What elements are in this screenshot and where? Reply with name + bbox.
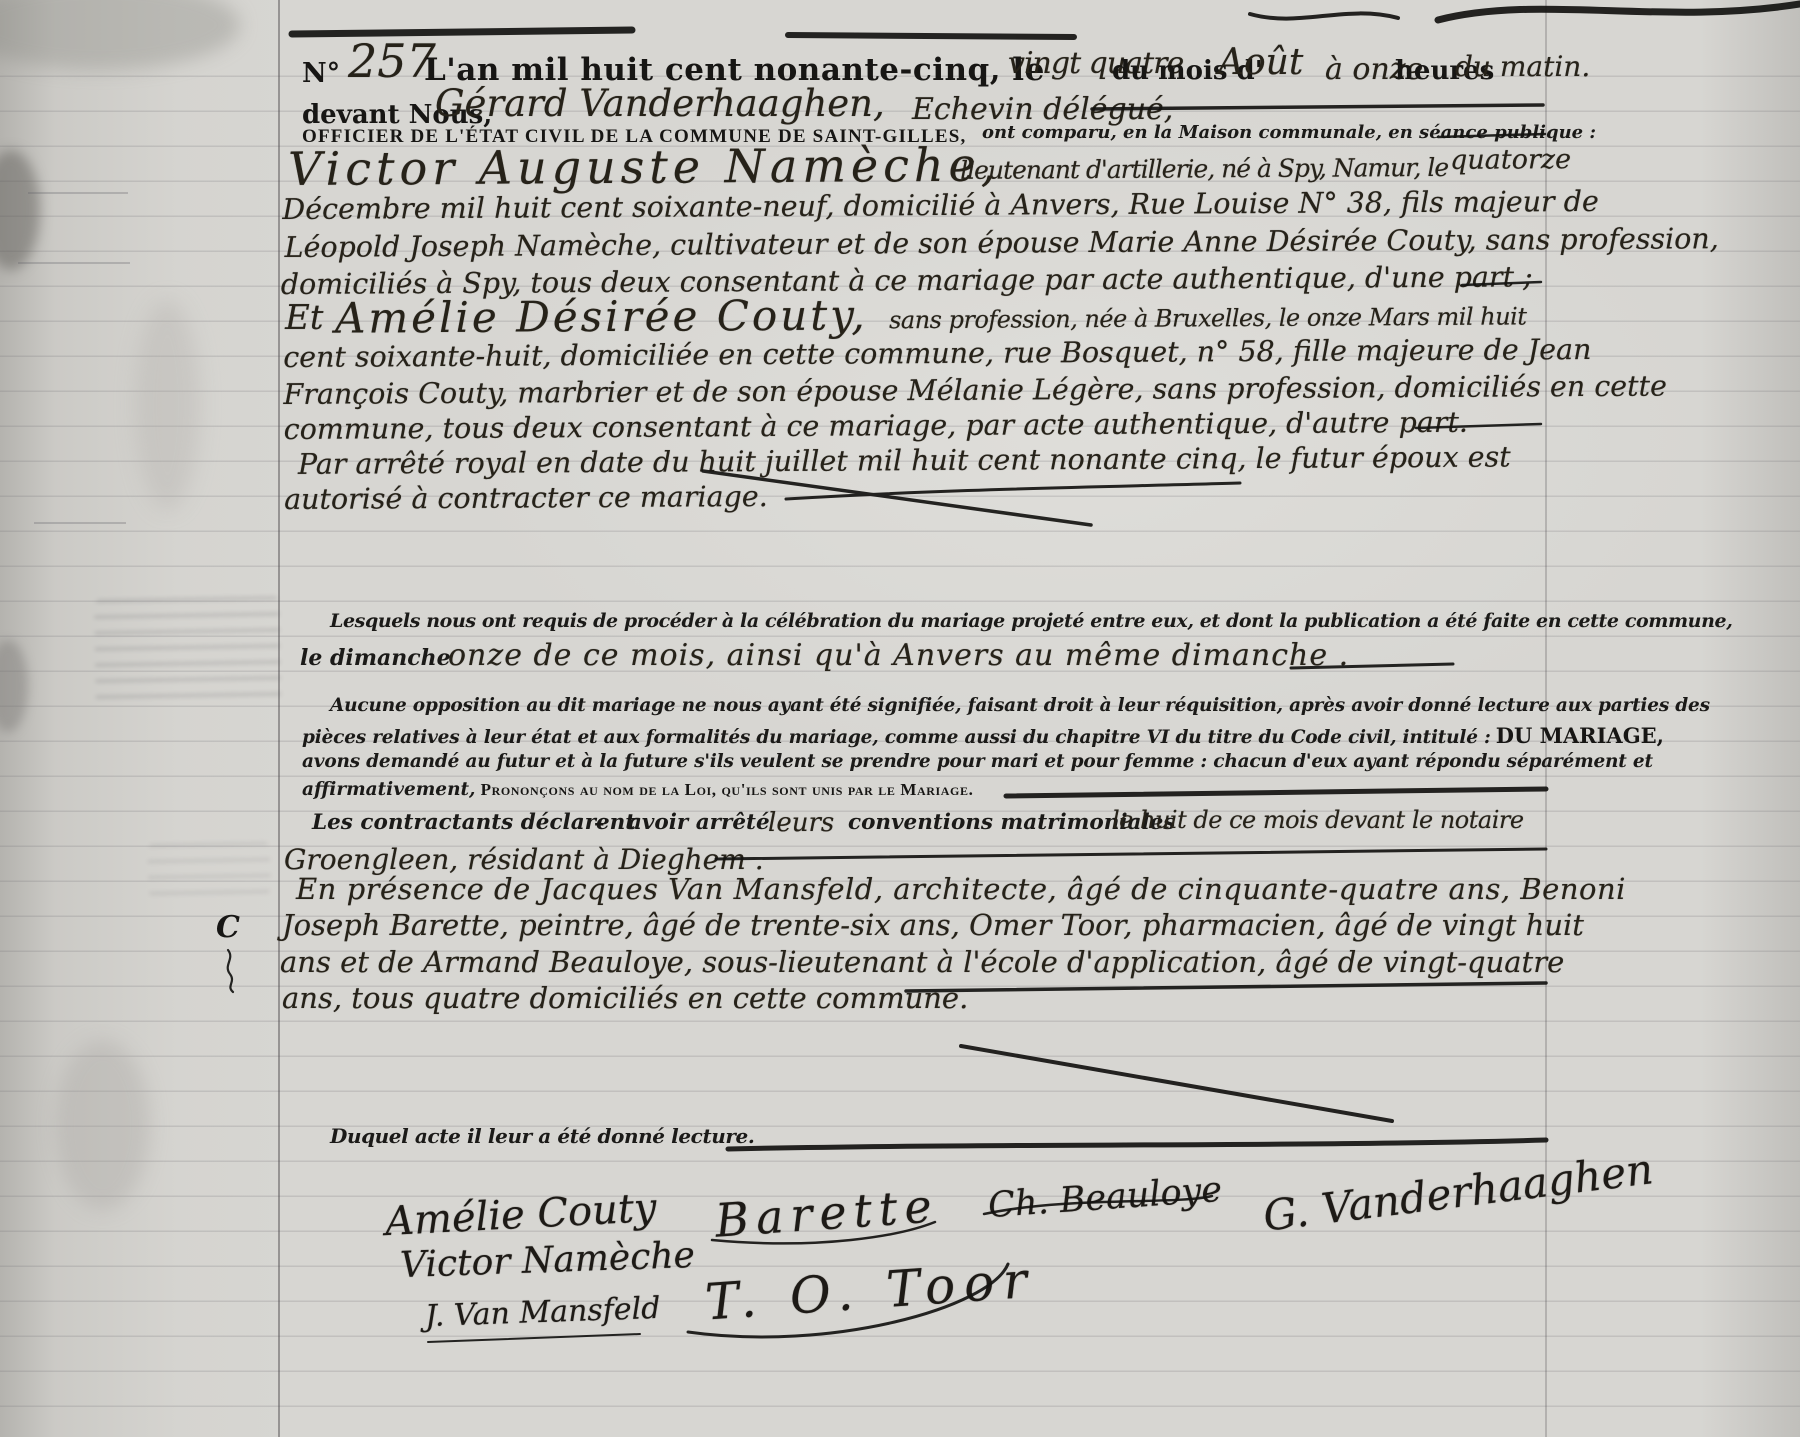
witness-line: ans, tous quatre domiciliés en cette com… bbox=[282, 981, 968, 1015]
act-number: 257 bbox=[348, 34, 436, 88]
contract-dash: – bbox=[594, 810, 605, 835]
ghost-rule bbox=[34, 522, 126, 524]
ghost-rule bbox=[28, 192, 128, 194]
ceremony-text: pièces relatives à leur état et aux form… bbox=[302, 727, 1491, 748]
hour-suffix-handwritten: du matin. bbox=[1455, 50, 1590, 83]
closing-line: Duquel acte il leur a été donné lecture. bbox=[330, 1124, 754, 1148]
margin-mark: C bbox=[216, 910, 240, 945]
ceremony-text: affirmativement, bbox=[302, 779, 476, 800]
ceremony-line: Aucune opposition au dit mariage ne nous… bbox=[330, 695, 1710, 716]
bride-name-handwritten: Amélie Désirée Couty, bbox=[335, 290, 868, 342]
notary-date-handwritten: le huit de ce mois devant le notaire bbox=[1112, 806, 1524, 834]
du-mariage-emphasis: DU MARIAGE, bbox=[1496, 723, 1664, 748]
ghost-rule bbox=[18, 262, 130, 264]
bride-profession-handwritten: sans profession, née à Bruxelles, le onz… bbox=[889, 302, 1527, 334]
officiant-name-handwritten: Gérard Vanderhaaghen, bbox=[435, 82, 885, 125]
act-number-label: N° bbox=[302, 58, 340, 89]
groom-name-handwritten: Victor Auguste Namèche, bbox=[288, 138, 1001, 196]
month-handwritten: Août bbox=[1218, 42, 1303, 83]
top-cutoff-flourish bbox=[1250, 13, 1398, 18]
top-cutoff-bar bbox=[292, 30, 632, 34]
avoir-arrete-label: avoir arrêté bbox=[628, 810, 770, 835]
top-cutoff-bar bbox=[788, 35, 1074, 37]
ceremony-line: pièces relatives à leur état et aux form… bbox=[302, 723, 1664, 748]
contractants-label: Les contractants déclarent bbox=[312, 810, 635, 835]
witness-line: Joseph Barette, peintre, âgé de trente-s… bbox=[282, 908, 1584, 942]
le-dimanche-label: le dimanche bbox=[300, 645, 451, 671]
et-word-handwritten: Et bbox=[285, 298, 324, 338]
left-margin-rule bbox=[278, 0, 280, 1437]
leurs-handwritten: leurs bbox=[768, 808, 834, 838]
top-cutoff-flourish bbox=[1438, 4, 1800, 20]
witness-line: ans et de Armand Beauloye, sous-lieutena… bbox=[280, 945, 1564, 979]
publication-line: Lesquels nous ont requis de procéder à l… bbox=[330, 610, 1732, 632]
royal-decree-line: autorisé à contracter ce mariage. bbox=[284, 480, 768, 516]
prononcons-smallcaps: Prononçons au nom de la Loi, qu'ils sont… bbox=[481, 780, 974, 799]
comparu-line: ont comparu, en la Maison communale, en … bbox=[982, 122, 1596, 143]
ceremony-line: avons demandé au futur et à la future s'… bbox=[302, 751, 1653, 772]
groom-profession-handwritten: lieutenant d'artillerie, né à Spy, Namur… bbox=[960, 153, 1448, 185]
document-page: N° 257 L'an mil huit cent nonante-cinq, … bbox=[0, 0, 1800, 1437]
groom-birthday-handwritten: quatorze bbox=[1450, 144, 1571, 176]
witness-line: En présence de Jacques Van Mansfeld, arc… bbox=[296, 872, 1626, 906]
ceremony-line: affirmativement, Prononçons au nom de la… bbox=[302, 779, 973, 800]
publication-date-handwritten: onze de ce mois, ainsi qu'à Anvers au mê… bbox=[448, 638, 1349, 673]
